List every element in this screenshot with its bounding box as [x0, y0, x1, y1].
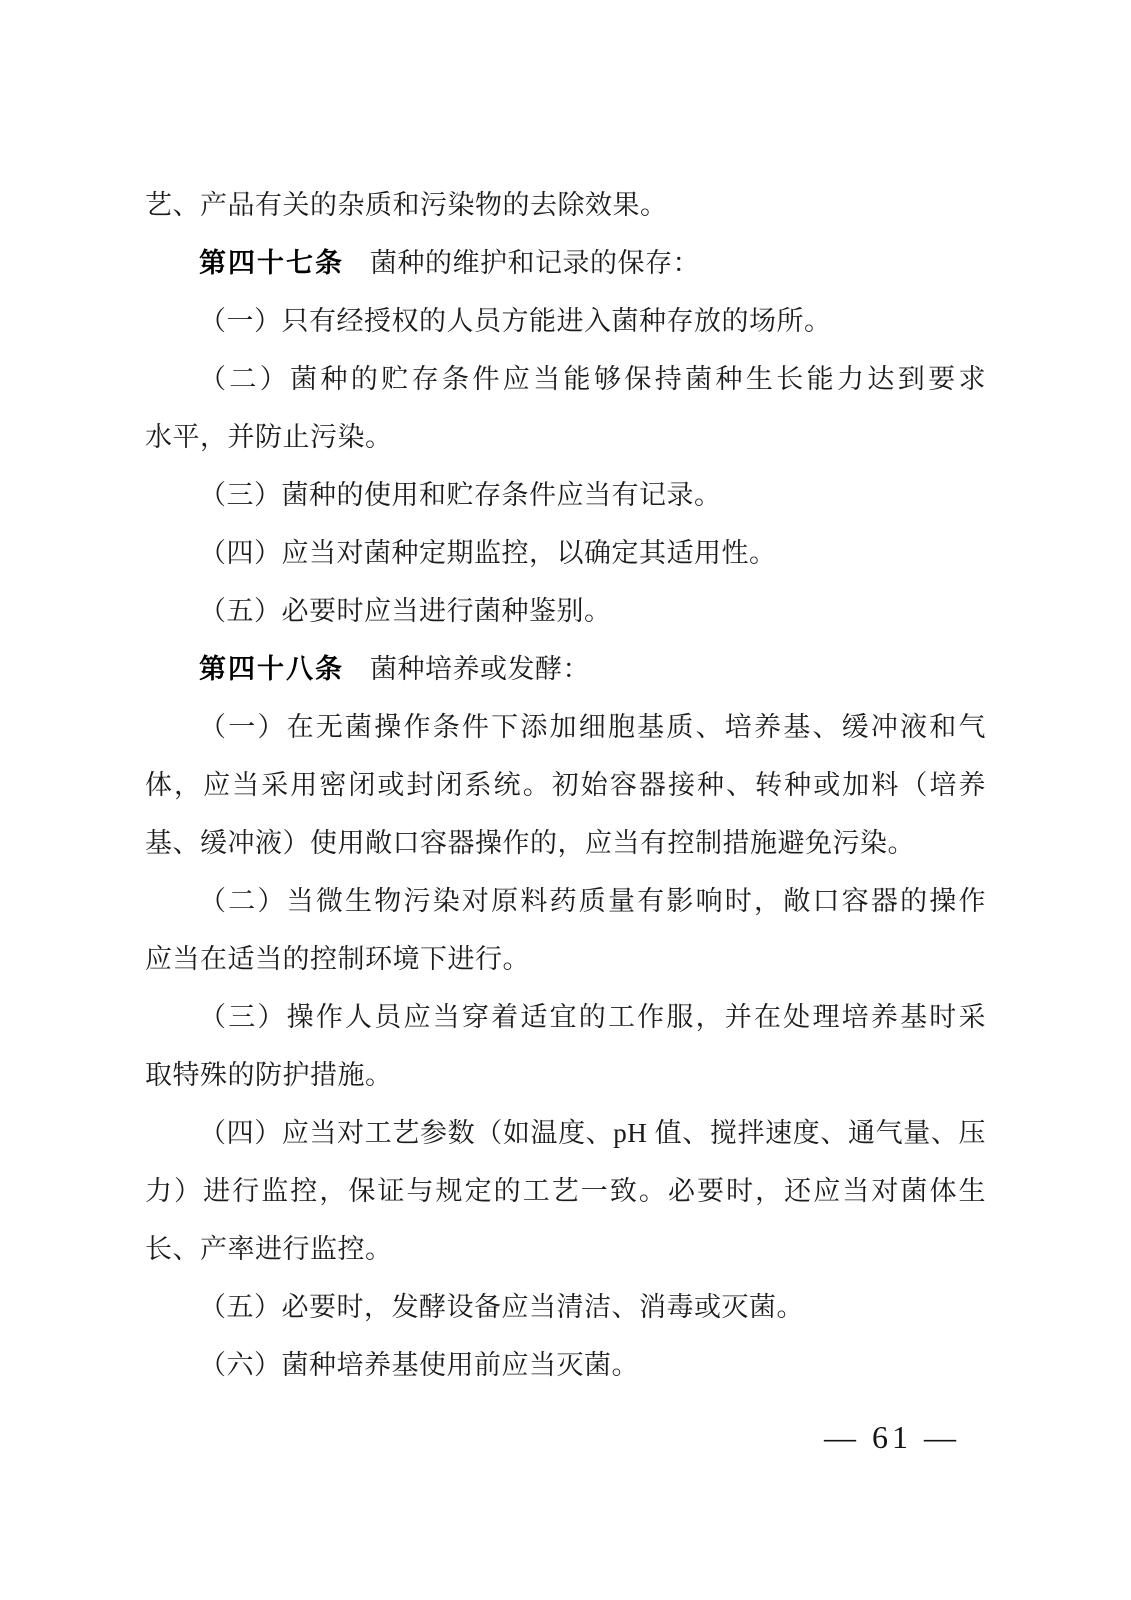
text-line: 取特殊的防护措施。	[145, 1046, 986, 1104]
article-heading-48: 第四十八条菌种培养或发酵：	[145, 640, 986, 698]
text-line: 水平，并防止污染。	[145, 408, 986, 466]
text-line: 力）进行监控，保证与规定的工艺一致。必要时，还应当对菌体生	[145, 1162, 986, 1220]
clause-item: （一）在无菌操作条件下添加细胞基质、培养基、缓冲液和气	[145, 698, 986, 756]
document-body: 艺、产品有关的杂质和污染物的去除效果。 第四十七条菌种的维护和记录的保存： （一…	[145, 176, 986, 1394]
clause-item: （二）菌种的贮存条件应当能够保持菌种生长能力达到要求	[145, 350, 986, 408]
article-number: 第四十八条	[199, 654, 344, 684]
clause-item: （一）只有经授权的人员方能进入菌种存放的场所。	[145, 292, 986, 350]
clause-item: （五）必要时，发酵设备应当清洁、消毒或灭菌。	[145, 1278, 986, 1336]
article-title: 菌种培养或发酵：	[370, 654, 590, 684]
page-number: — 61 —	[824, 1408, 960, 1466]
article-number: 第四十七条	[199, 248, 344, 278]
clause-item: （四）应当对工艺参数（如温度、pH 值、搅拌速度、通气量、压	[145, 1104, 986, 1162]
clause-item: （六）菌种培养基使用前应当灭菌。	[145, 1336, 986, 1394]
article-title: 菌种的维护和记录的保存：	[370, 248, 700, 278]
document-page: 艺、产品有关的杂质和污染物的去除效果。 第四十七条菌种的维护和记录的保存： （一…	[0, 0, 1131, 1600]
text-line: 基、缓冲液）使用敞口容器操作的，应当有控制措施避免污染。	[145, 814, 986, 872]
clause-item: （三）菌种的使用和贮存条件应当有记录。	[145, 466, 986, 524]
text-line: 艺、产品有关的杂质和污染物的去除效果。	[145, 176, 986, 234]
clause-item: （二）当微生物污染对原料药质量有影响时，敞口容器的操作	[145, 872, 986, 930]
text-line: 长、产率进行监控。	[145, 1220, 986, 1278]
text-line: 体，应当采用密闭或封闭系统。初始容器接种、转种或加料（培养	[145, 756, 986, 814]
clause-item: （三）操作人员应当穿着适宜的工作服，并在处理培养基时采	[145, 988, 986, 1046]
clause-item: （五）必要时应当进行菌种鉴别。	[145, 582, 986, 640]
clause-item: （四）应当对菌种定期监控，以确定其适用性。	[145, 524, 986, 582]
article-heading-47: 第四十七条菌种的维护和记录的保存：	[145, 234, 986, 292]
text-line: 应当在适当的控制环境下进行。	[145, 930, 986, 988]
